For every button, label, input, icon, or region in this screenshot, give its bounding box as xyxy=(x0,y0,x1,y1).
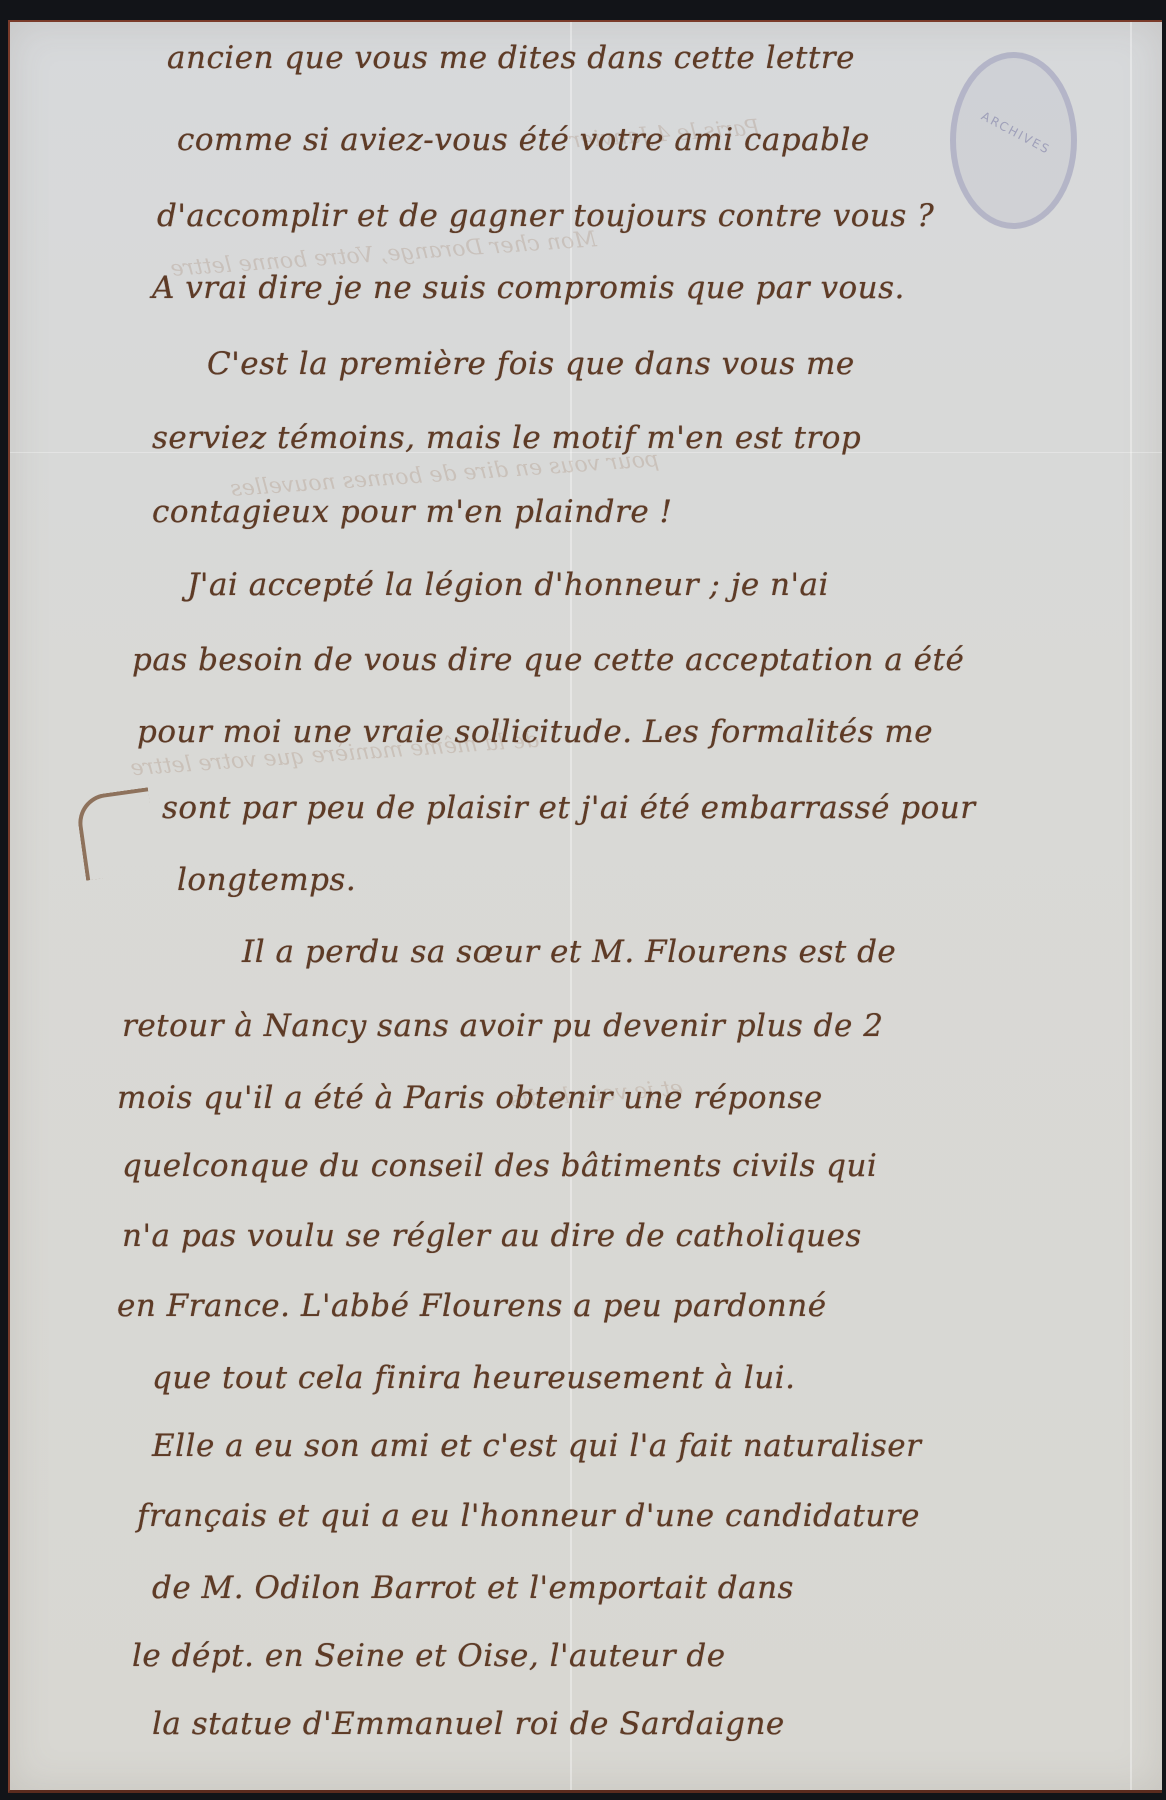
letter-page: Paris le 4 Janvier Mon cher Dorange, Vot… xyxy=(8,20,1162,1793)
text-line: de M. Odilon Barrot et l'emportait dans xyxy=(152,1570,794,1606)
text-line: d'accomplir et de gagner toujours contre… xyxy=(157,198,934,234)
text-line: Il a perdu sa sœur et M. Flourens est de xyxy=(242,934,896,970)
text-line: mois qu'il a été à Paris obtenir une rép… xyxy=(117,1080,823,1116)
text-line: J'ai accepté la légion d'honneur ; je n'… xyxy=(187,567,829,603)
text-line: serviez témoins, mais le motif m'en est … xyxy=(152,420,861,456)
text-line: A vrai dire je ne suis compromis que par… xyxy=(152,270,905,306)
text-line: que tout cela finira heureusement à lui. xyxy=(152,1360,795,1396)
text-line: C'est la première fois que dans vous me xyxy=(207,346,855,382)
text-line: sont par peu de plaisir et j'ai été emba… xyxy=(162,790,976,826)
text-line: français et qui a eu l'honneur d'une can… xyxy=(137,1498,920,1534)
text-line: en France. L'abbé Flourens a peu pardonn… xyxy=(117,1288,827,1324)
text-line: n'a pas voulu se régler au dire de catho… xyxy=(122,1218,862,1254)
text-line: quelconque du conseil des bâtiments civi… xyxy=(122,1148,877,1184)
text-line: ancien que vous me dites dans cette lett… xyxy=(167,40,855,76)
text-line: retour à Nancy sans avoir pu devenir plu… xyxy=(122,1008,883,1044)
text-line: longtemps. xyxy=(177,862,356,898)
text-line: comme si aviez-vous été votre ami capabl… xyxy=(177,122,870,158)
text-line: pour moi une vraie sollicitude. Les form… xyxy=(137,714,933,750)
fold-crease-right xyxy=(1130,22,1132,1790)
stamp-label: ARCHIVES xyxy=(969,103,1064,162)
text-line: la statue d'Emmanuel roi de Sardaigne xyxy=(152,1706,785,1742)
text-line: le dépt. en Seine et Oise, l'auteur de xyxy=(132,1638,726,1674)
margin-mark xyxy=(75,787,160,880)
archive-stamp: ARCHIVES xyxy=(950,52,1077,229)
text-line: Elle a eu son ami et c'est qui l'a fait … xyxy=(152,1428,921,1464)
text-line: contagieux pour m'en plaindre ! xyxy=(152,494,673,530)
text-line: pas besoin de vous dire que cette accept… xyxy=(132,642,964,678)
